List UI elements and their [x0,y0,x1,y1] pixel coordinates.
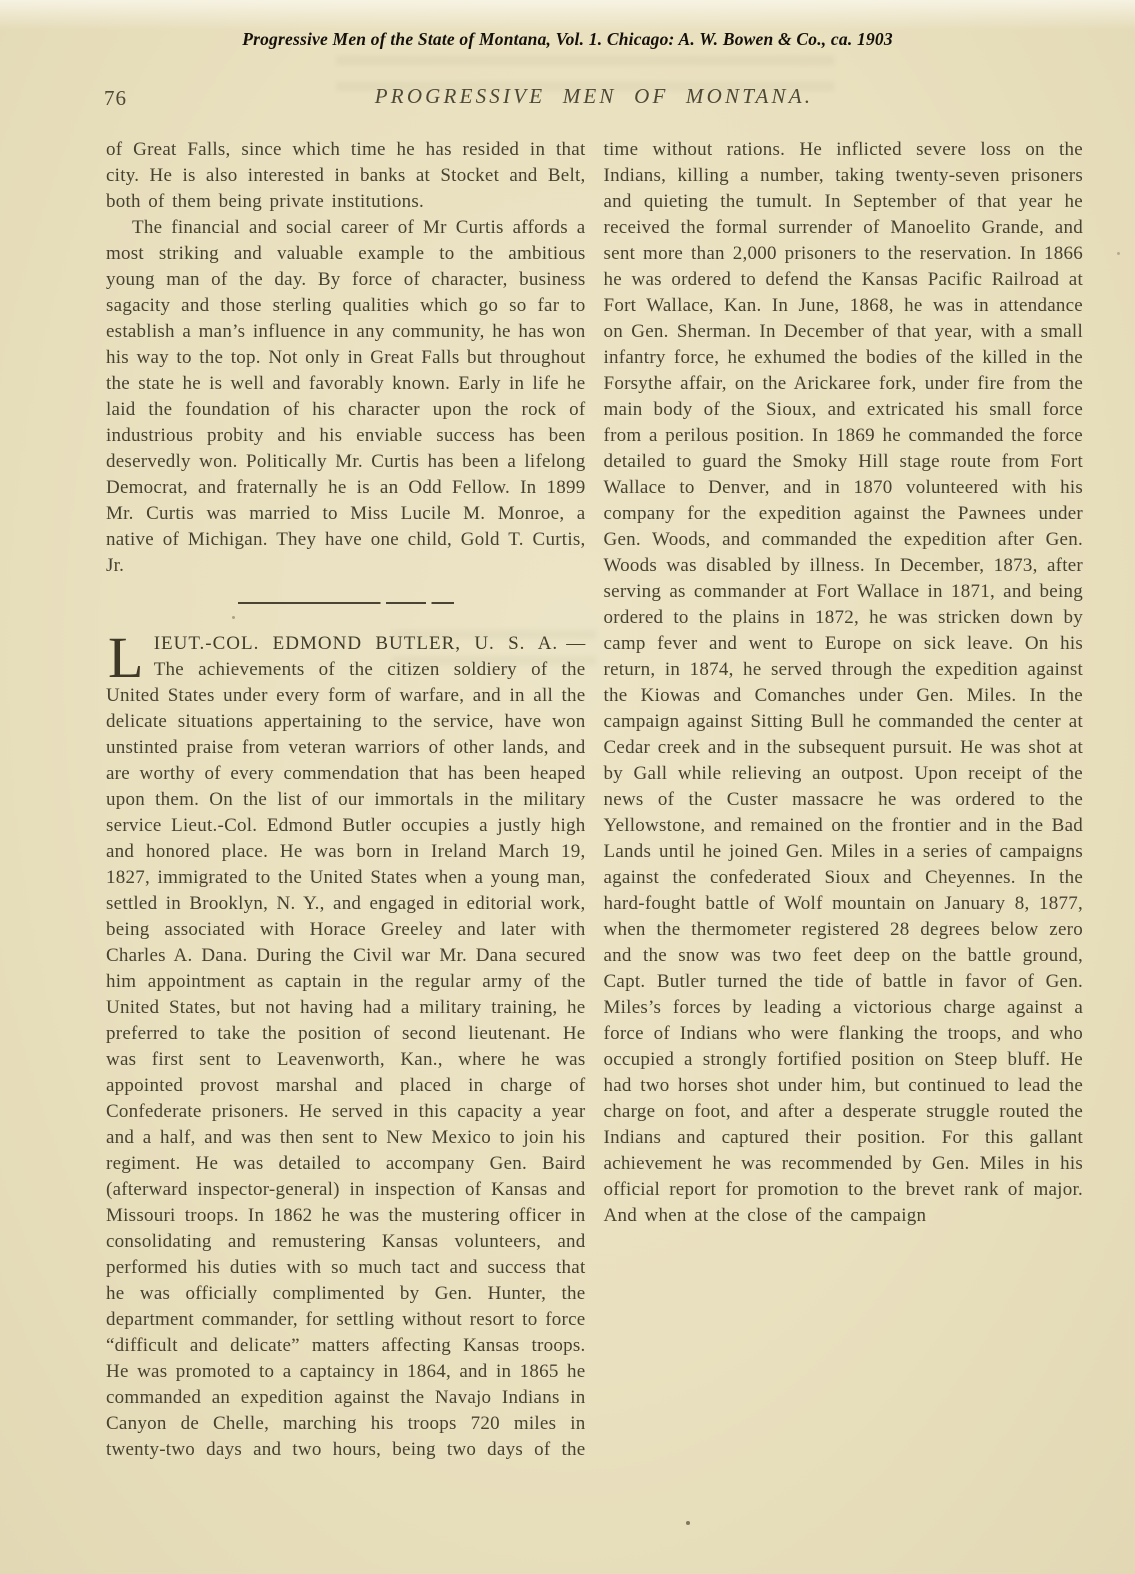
curtis-paragraph-2: The financial and social career of Mr Cu… [106,215,586,579]
butler-article-heading: IEUT.-COL. EDMOND BUTLER, U. S. A. [154,633,558,654]
drop-cap-letter: L [106,631,154,680]
section-divider-rule [238,602,454,604]
running-head: PROGRESSIVE MEN OF MONTANA. [106,84,1082,109]
scan-speck [1117,252,1120,255]
scan-speck [686,1521,690,1525]
curtis-paragraph-continuation: of Great Falls, since which time he has … [106,137,586,215]
scan-citation: Progressive Men of the State of Montana,… [0,29,1135,50]
two-column-text-block: of Great Falls, since which time he has … [106,137,1083,1479]
book-page-scan: Progressive Men of the State of Montana,… [0,0,1135,1574]
